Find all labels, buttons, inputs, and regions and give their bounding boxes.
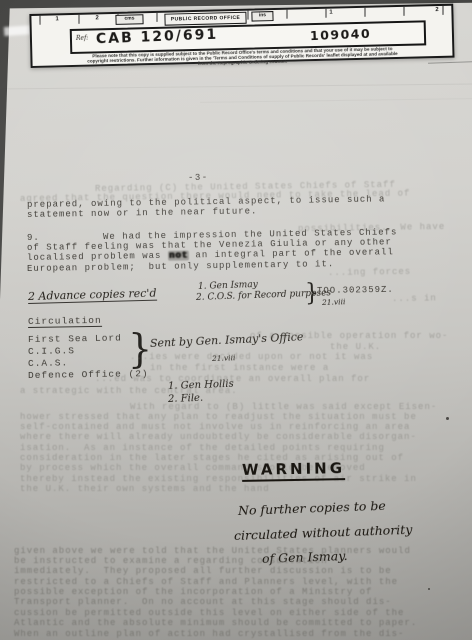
crease-line [200,98,472,103]
bleedthrough-text: ...ies were decided upon or not it was [130,352,373,362]
ink-speck [446,417,449,420]
ink-speck [428,588,430,590]
bleedthrough-text: With regard to (B) little was said excep… [130,402,437,412]
bleedthrough-text: the U.K. [330,342,381,352]
scanned-document-photo: 1 2 cms PUBLIC RECORD OFFICE ins 1 2 Ref… [0,0,472,640]
bleedthrough-text: hower stressed that any plan to readjust… [20,412,417,422]
bleedthrough-text: of a possible operation for wo- [250,331,448,341]
brace: } [128,326,152,372]
handwritten-date: 21.viii [322,297,346,307]
crease-line [428,61,472,64]
bleedthrough-text: self-contained and must not involve us i… [20,422,410,432]
bleedthrough-text: restricted to a Chiefs of Staff and Plan… [14,577,398,587]
ruler-label: 2 [95,15,98,21]
bleedthrough-text: Atlantic and the absolute minimum should… [14,618,417,628]
bleedthrough-text: immediately. They proposed all further d… [14,566,392,576]
reference-number: CAB 120/691 [96,27,219,48]
crease-line [0,84,472,90]
photo-edge-left [0,0,10,300]
ruler-label: 1 [55,16,58,22]
page-number: -3- [188,173,209,183]
bleedthrough-text: a strategic with the central area. [20,386,238,396]
ref-label: Ref: [76,35,88,42]
bleedthrough-text: thereby instead the existing responsibil… [20,474,417,484]
bleedthrough-text: ...ing forces [328,267,411,278]
bleedthrough-text: possible exception of the incorporation … [14,587,372,597]
bleedthrough-text: isation. As an instance of the detailed … [20,443,385,453]
bleedthrough-text: consideration in the later stages he cit… [20,453,404,463]
bleedthrough-text: in the first instance were a [150,363,329,373]
warning-line: circulated without authority [234,522,413,543]
ruler-label: 1 [329,10,332,16]
bleedthrough-text: cussion be permitted outside this level … [14,608,404,618]
bleedthrough-text: given above we were told that the United… [14,546,411,556]
ruler-label: 2 [435,7,438,13]
pro-stamp: 1 2 cms PUBLIC RECORD OFFICE ins 1 2 Ref… [29,4,454,68]
circulation-heading: Circulation [28,315,102,328]
circulation-item: C.A.S. [28,357,68,369]
piece-number: 109040 [310,26,372,43]
handwritten-advance-note: 2 Advance copies rec'd [28,287,157,304]
circulation-item: First Sea Lord [28,333,122,345]
paragraph-number: 9. [27,233,40,243]
circulation-item: C.I.G.S [28,345,75,357]
bleedthrough-text: the U.K. their own systems and the hand [20,484,270,494]
ruler-ticks-in [247,6,447,20]
bleedthrough-text: be instructed to examine a regarding con… [14,556,328,566]
warning-title: WARNING [242,459,345,482]
cms-chip: cms [115,14,143,25]
bleedthrough-text: When an outline plan of action had cryst… [14,629,404,639]
overstruck-word: not [168,250,189,260]
ins-chip: ins [251,11,273,22]
bleedthrough-text: ...ed was to coordinate an overall plan … [95,374,370,384]
bleedthrough-text: ...s in [392,293,437,304]
warning-line: No further copies to be [238,498,386,518]
pro-title: PUBLIC RECORD OFFICE [164,12,246,26]
bleedthrough-text: Transport planner. On no account at this… [14,597,392,607]
too-reference: TOO.302359Z. [317,285,394,296]
bleedthrough-text: where there will already undoubtedly be … [20,432,417,442]
